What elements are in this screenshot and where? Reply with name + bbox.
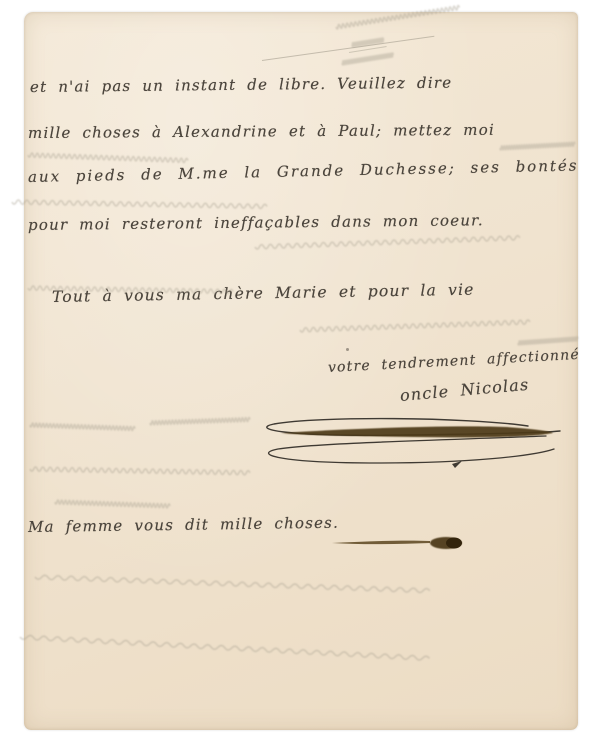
flourish-arrowhead	[452, 461, 462, 468]
letter-scan: et n'ai pas un instant de libre. Veuille…	[0, 0, 600, 742]
flourish-lower-loop	[269, 436, 554, 463]
signature-flourish	[256, 412, 566, 482]
letter-page	[24, 12, 578, 730]
letter-line-2: mille choses à Alexandrine et à Paul; me…	[28, 121, 495, 142]
ink-smear	[281, 426, 553, 437]
postscript-ink-blob-core	[446, 538, 462, 549]
ink-dot	[346, 348, 349, 351]
postscript-underline	[332, 541, 430, 545]
postscript-ink-stroke	[330, 530, 475, 556]
